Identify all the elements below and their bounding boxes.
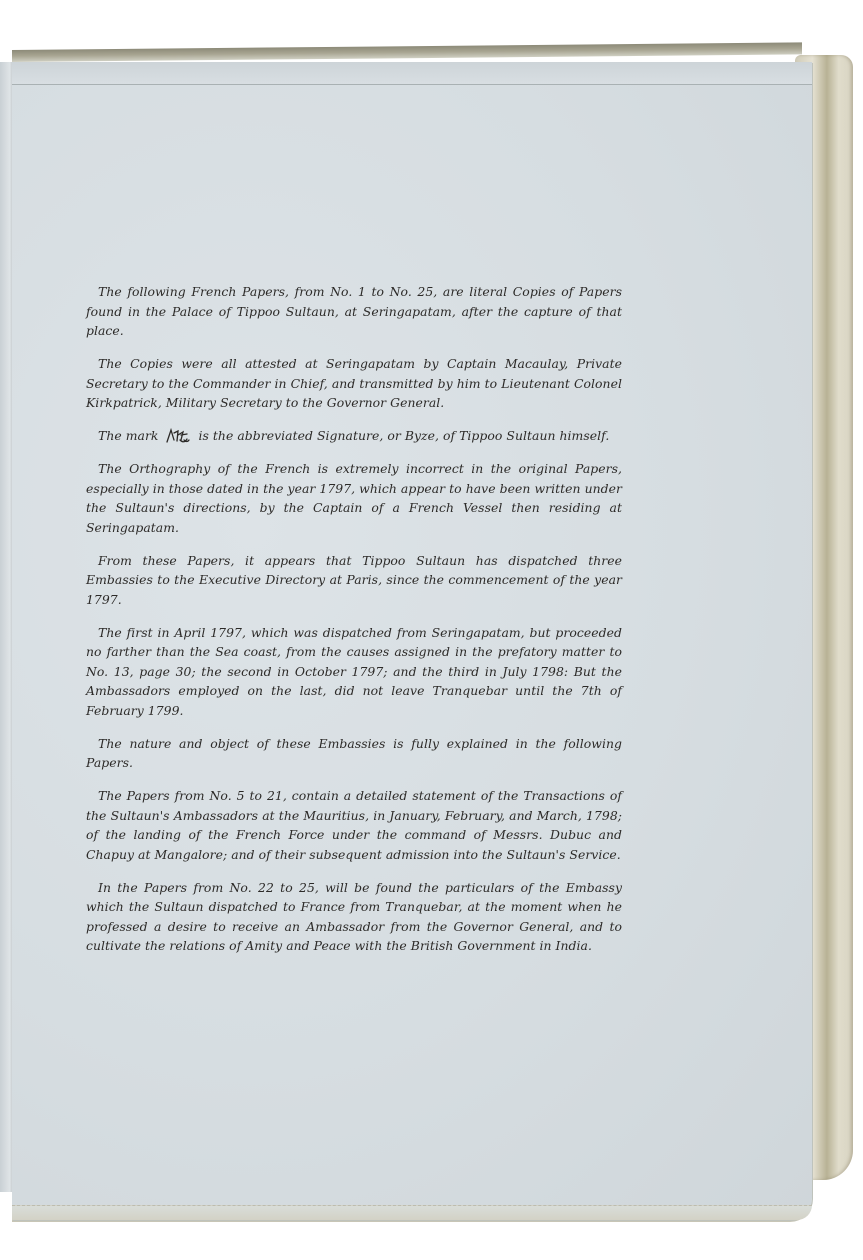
mark-text-before: The mark: [98, 428, 158, 443]
paragraph-intro: The following French Papers, from No. 1 …: [86, 282, 622, 341]
paragraph-embassies: From these Papers, it appears that Tippo…: [86, 551, 622, 610]
paragraph-mark: The mark is the abbreviated Signature, o…: [86, 426, 622, 446]
byze-signature-icon: [165, 427, 191, 445]
mark-text-after: is the abbreviated Signature, or Byze, o…: [198, 428, 609, 443]
paragraph-nature: The nature and object of these Embassies…: [86, 734, 622, 773]
page-stack-top-edge: [12, 42, 802, 62]
paragraph-attestation: The Copies were all attested at Seringap…: [86, 354, 622, 413]
paragraph-papers-22-25: In the Papers from No. 22 to 25, will be…: [86, 878, 622, 956]
preface-text: The following French Papers, from No. 1 …: [86, 282, 622, 969]
paragraph-first-embassy: The first in April 1797, which was dispa…: [86, 623, 622, 721]
book-page: The following French Papers, from No. 1 …: [12, 62, 812, 1220]
paragraph-papers-5-21: The Papers from No. 5 to 21, contain a d…: [86, 786, 622, 864]
paragraph-orthography: The Orthography of the French is extreme…: [86, 459, 622, 537]
